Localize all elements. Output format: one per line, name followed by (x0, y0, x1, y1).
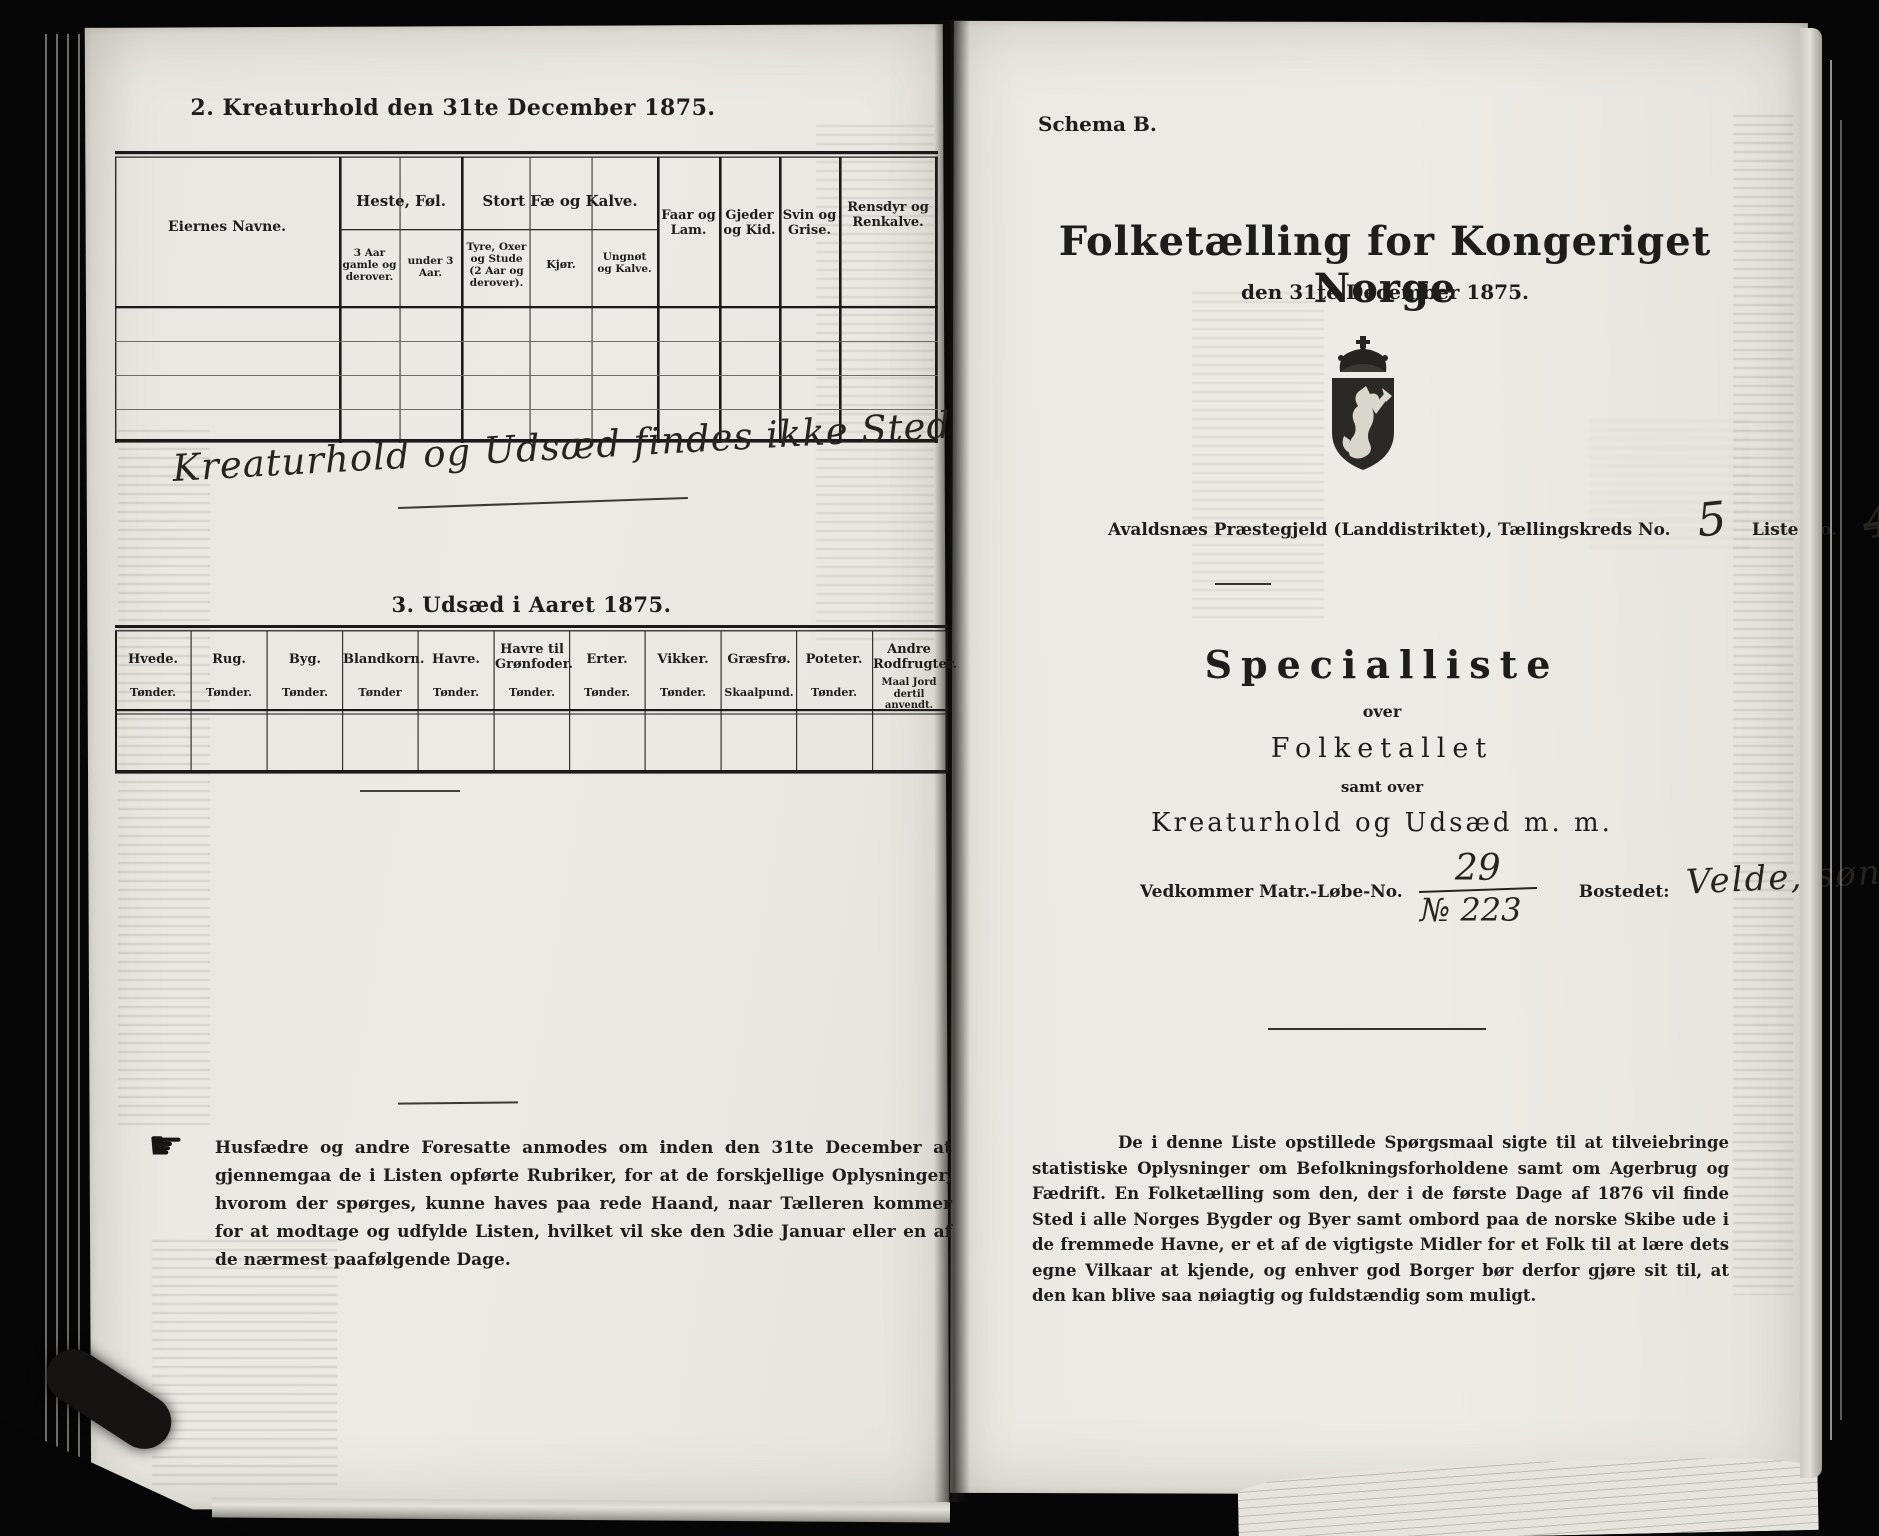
handwritten-kreds-number: 5 (1694, 491, 1729, 548)
column-reindeer: Rensdyr og Renkalve. (842, 201, 934, 231)
subtitle-over: over (1020, 702, 1744, 721)
udsaed-col-unit: Tønder. (268, 687, 342, 700)
bleedthrough-text-right-mid (1192, 292, 1324, 622)
udsaed-col-name: Blandkorn. (343, 653, 417, 668)
column-group-horses: Heste, Føl. (342, 193, 460, 210)
norwegian-coat-of-arms-icon (1320, 334, 1406, 480)
page-edge-line (1830, 60, 1832, 1440)
subtitle-kreaturhold: Kreaturhold og Udsæd m. m. (1020, 808, 1744, 838)
udsaed-col-unit: Tønder. (116, 687, 190, 700)
udsaed-col-name: Andre Rodfrugter. (873, 643, 945, 673)
handwritten-matr-number: 29 (1419, 848, 1537, 889)
udsaed-col-unit: Skaalpund. (722, 687, 796, 700)
udsaed-col-name: Erter. (570, 653, 644, 668)
udsaed-col-name: Vikker. (646, 653, 720, 668)
udsaed-col-unit: Tønder. (646, 687, 720, 700)
handwritten-bosted-value: Velde, søndre (1685, 849, 1879, 903)
subtitle-samt-over: samt over (1020, 778, 1744, 796)
udsaed-col-unit: Tønder. (192, 687, 266, 700)
udsaed-col-unit: Tønder. (419, 687, 493, 700)
handwritten-dash (360, 790, 460, 792)
info-paragraph: De i denne Liste opstillede Spørgsmaal s… (1032, 1130, 1729, 1309)
subtitle-folketallet: Folketallet (1020, 733, 1744, 764)
pointing-hand-icon: ☛ (148, 1126, 184, 1166)
udsaed-col-name: Byg. (268, 653, 342, 668)
column-cattle-cows: Kjør. (532, 259, 590, 272)
handwritten-liste-crossed: 44 (1860, 493, 1879, 549)
udsaed-col-name: Havre. (419, 653, 493, 668)
handwritten-matr-fraction: 29 № 223 (1419, 848, 1537, 929)
district-prefix: Avaldsnæs Præstegjeld (Landdistriktet), … (1108, 520, 1671, 540)
udsaed-col-name: Poteter. (797, 653, 871, 668)
reference-line: Vedkommer Matr.-Løbe-No. 29 № 223 Bosted… (1140, 848, 1760, 929)
udsaed-col-unit: Tønder. (495, 687, 569, 700)
page-edge-stack-left (36, 34, 88, 1486)
kreaturhold-table: Eiernes Navne. Heste, Føl. Stort Fæ og K… (115, 151, 938, 451)
udsaed-col-unit: Maal Jord dertil anvendt. (873, 677, 945, 712)
column-cattle-bulls: Tyre, Oxer og Stude (2 Aar og derover). (465, 241, 528, 289)
date-line: den 31te December 1875. (1000, 280, 1770, 304)
subtitle-specialliste: Specialliste (1020, 642, 1744, 687)
footnote-text: Husfædre og andre Foresatte anmodes om i… (215, 1134, 952, 1274)
column-group-cattle: Stort Fæ og Kalve. (464, 193, 656, 210)
column-owner: Eiernes Navne. (115, 219, 339, 235)
page-edge-line (1840, 120, 1842, 1420)
column-goats: Gjeder og Kid. (722, 209, 777, 239)
matr-label: Vedkommer Matr.-Løbe-No. (1140, 882, 1403, 902)
udsaed-col-name: Rug. (192, 653, 266, 668)
schema-label: Schema B. (1038, 112, 1157, 136)
bosted-label: Bostedet: (1579, 882, 1670, 902)
separator-rule (1268, 1028, 1486, 1030)
column-sheep: Faar og Lam. (660, 209, 717, 239)
udsaed-col-unit: Tønder. (797, 687, 871, 700)
page-edge-stack-bottom-left (212, 1497, 950, 1522)
district-line: Avaldsnæs Præstegjeld (Landdistriktet), … (1108, 492, 1768, 546)
udsaed-col-unit: Tønder (343, 687, 417, 700)
column-horses-old: 3 Aar gamle og derover. (341, 247, 398, 283)
udsaed-table: Hvede. Rug. Byg. Blandkorn. Havre. Havre… (115, 625, 948, 777)
column-cattle-young: Ungnøt og Kalve. (594, 251, 655, 275)
liste-label: Liste No. (1752, 520, 1837, 540)
bleedthrough-text-left-bottom (152, 1240, 337, 1485)
scanned-census-spread: 2. Kreaturhold den 31te December 1875. E… (0, 0, 1879, 1536)
udsaed-col-unit: Tønder. (570, 687, 644, 700)
column-pigs: Svin og Grise. (782, 209, 837, 239)
page-edge-stack-right (1800, 28, 1822, 1478)
column-horses-young: under 3 Aar. (401, 255, 460, 279)
udsaed-col-name: Græsfrø. (722, 653, 796, 668)
separator-rule (1215, 583, 1271, 585)
bleedthrough-text-left-margin (118, 430, 210, 1130)
udsaed-col-name: Havre til Grønfoder. (495, 643, 569, 673)
handwritten-lnr-number: № 223 (1405, 891, 1537, 929)
section3-title: 3. Udsæd i Aaret 1875. (115, 592, 948, 617)
udsaed-col-name: Hvede. (116, 653, 190, 668)
section2-title: 2. Kreaturhold den 31te December 1875. (113, 95, 793, 121)
